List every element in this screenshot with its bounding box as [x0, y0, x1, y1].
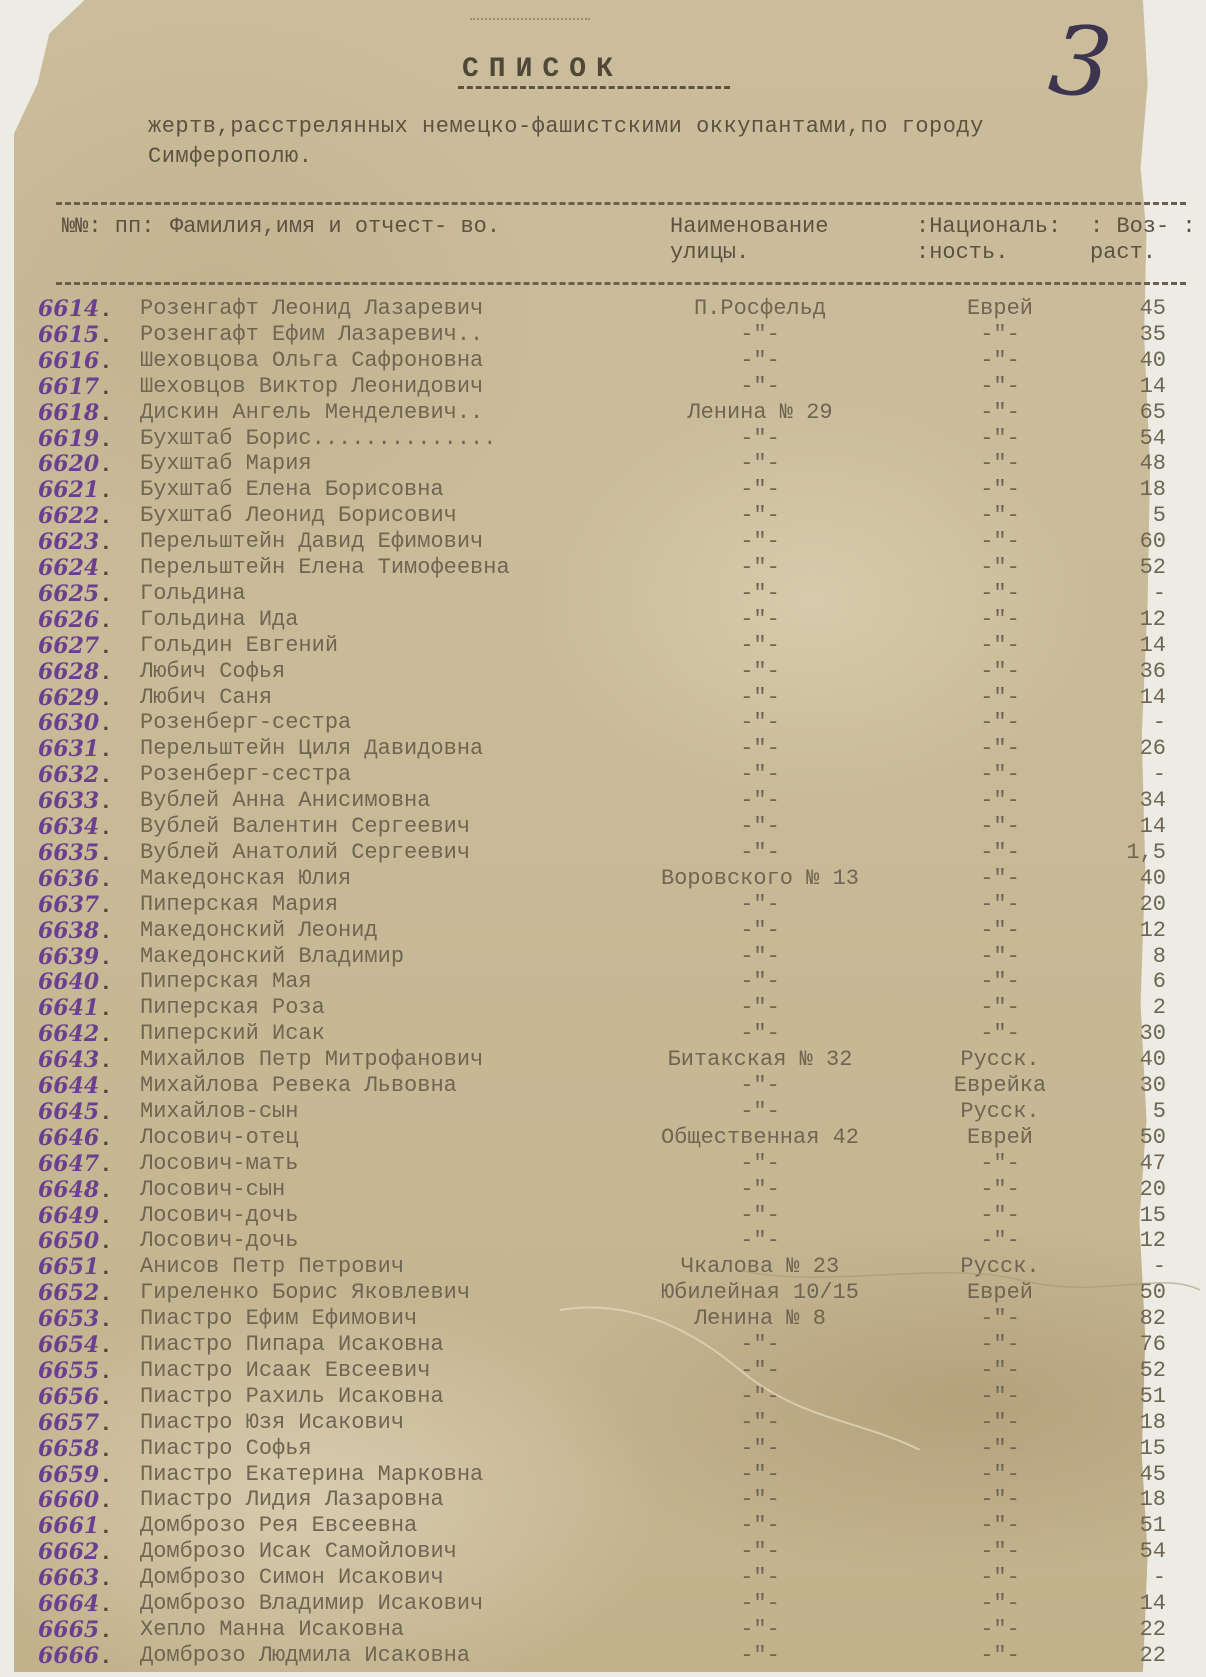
list-row: 6658.Пиастро Софья-"--"-15 [0, 1436, 1206, 1462]
nationality: -"- [930, 995, 1070, 1021]
row-number-handwritten: 6632. [38, 762, 134, 790]
street-name: -"- [620, 969, 900, 995]
row-number-value: 6641 [38, 995, 99, 1021]
row-number-dot: . [99, 635, 112, 660]
row-number-value: 6635 [38, 840, 99, 866]
nationality: -"- [930, 1151, 1070, 1177]
street-name: -"- [620, 374, 900, 400]
age: 6 [1110, 969, 1166, 995]
list-row: 6631.Перельштейн Циля Давидовна-"--"-26 [0, 736, 1206, 762]
street-name: -"- [620, 1565, 900, 1591]
victim-name: Лосович-мать [140, 1151, 298, 1177]
row-number-dot: . [99, 1593, 112, 1618]
row-number-dot: . [99, 1412, 112, 1437]
row-number-value: 6617 [38, 374, 99, 400]
row-number-dot: . [99, 894, 112, 919]
row-number-value: 6629 [38, 685, 99, 711]
victim-name: Перельштейн Елена Тимофеевна [140, 555, 510, 581]
age: 14 [1110, 685, 1166, 711]
age: 22 [1110, 1617, 1166, 1643]
list-row: 6655.Пиастро Исаак Евсеевич-"--"-52 [0, 1358, 1206, 1384]
victim-name: Пиастро Юзя Исакович [140, 1410, 404, 1436]
list-row: 6636.Македонская ЮлияВоровского № 13-"-4… [0, 866, 1206, 892]
street-name: -"- [620, 736, 900, 762]
age: 20 [1110, 892, 1166, 918]
row-number-handwritten: 6641. [38, 995, 134, 1023]
street-name: -"- [620, 1436, 900, 1462]
row-number-dot: . [99, 1541, 112, 1566]
row-number-dot: . [99, 1256, 112, 1281]
row-number-dot: . [99, 971, 112, 996]
street-name: -"- [620, 1617, 900, 1643]
list-row: 6628.Любич Софья-"--"-36 [0, 659, 1206, 685]
row-number-dot: . [99, 997, 112, 1022]
row-number-handwritten: 6660. [38, 1487, 134, 1515]
list-row: 6661.Домброзо Рея Евсеевна-"--"-51 [0, 1513, 1206, 1539]
victim-name: Вублей Анатолий Сергеевич [140, 840, 470, 866]
row-number-handwritten: 6624. [38, 555, 134, 583]
street-name: -"- [620, 1021, 900, 1047]
victim-name: Шеховцов Виктор Леонидович [140, 374, 483, 400]
nationality: Еврей [930, 1125, 1070, 1151]
victim-name: Розенгафт Ефим Лазаревич.. [140, 322, 483, 348]
age: 12 [1110, 918, 1166, 944]
nationality: -"- [930, 322, 1070, 348]
list-row: 6642.Пиперский Исак-"--"-30 [0, 1021, 1206, 1047]
list-row: 6626.Гольдина Ида-"--"-12 [0, 607, 1206, 633]
victim-name: Пиастро Ефим Ефимович [140, 1306, 417, 1332]
list-row: 6647.Лосович-мать-"--"-47 [0, 1151, 1206, 1177]
street-name: -"- [620, 892, 900, 918]
street-name: -"- [620, 762, 900, 788]
row-number-dot: . [99, 453, 112, 478]
row-number-handwritten: 6657. [38, 1410, 134, 1438]
list-row: 6616.Шеховцова Ольга Сафроновна-"--"-40 [0, 348, 1206, 374]
row-number-dot: . [99, 1567, 112, 1592]
age: 52 [1110, 555, 1166, 581]
street-name: -"- [620, 607, 900, 633]
street-name: -"- [620, 503, 900, 529]
list-row: 6660.Пиастро Лидия Лазаровна-"--"-18 [0, 1487, 1206, 1513]
victim-name: Македонский Владимир [140, 944, 404, 970]
nationality: -"- [930, 1021, 1070, 1047]
nationality: -"- [930, 633, 1070, 659]
victim-name: Перельштейн Давид Ефимович [140, 529, 483, 555]
age: 50 [1110, 1280, 1166, 1306]
row-number-dot: . [99, 868, 112, 893]
row-number-dot: . [99, 376, 112, 401]
street-name: -"- [620, 1228, 900, 1254]
row-number-dot: . [99, 1308, 112, 1333]
nationality: -"- [930, 969, 1070, 995]
victim-name: Лосович-сын [140, 1177, 285, 1203]
list-row: 6627.Гольдин Евгений-"--"-14 [0, 633, 1206, 659]
victim-name: Пиастро Екатерина Марковна [140, 1462, 483, 1488]
nationality: -"- [930, 1228, 1070, 1254]
row-number-handwritten: 6625. [38, 581, 134, 609]
nationality: -"- [930, 840, 1070, 866]
victim-name: Домброзо Владимир Исакович [140, 1591, 483, 1617]
row-number-value: 6664 [38, 1591, 99, 1617]
row-number-dot: . [99, 1127, 112, 1152]
row-number-dot: . [99, 1101, 112, 1126]
list-row: 6666.Домброзо Людмила Исаковна-"--"-22 [0, 1643, 1206, 1669]
victim-name: Македонская Юлия [140, 866, 351, 892]
row-number-handwritten: 6654. [38, 1332, 134, 1360]
row-number-handwritten: 6655. [38, 1358, 134, 1386]
row-number-handwritten: 6623. [38, 529, 134, 557]
row-number-value: 6636 [38, 866, 99, 892]
row-number-handwritten: 6636. [38, 866, 134, 894]
victim-name: Любич Софья [140, 659, 285, 685]
row-number-value: 6651 [38, 1254, 99, 1280]
document-subtitle: жертв,расстрелянных немецко-фашистскими … [148, 112, 1068, 172]
header-rule-top [56, 202, 1186, 205]
nationality: -"- [930, 1565, 1070, 1591]
row-number-value: 6649 [38, 1203, 99, 1229]
row-number-dot: . [99, 350, 112, 375]
row-number-dot: . [99, 298, 112, 323]
victim-name: Лосович-отец [140, 1125, 298, 1151]
nationality: -"- [930, 607, 1070, 633]
nationality: -"- [930, 1539, 1070, 1565]
row-number-value: 6620 [38, 451, 99, 477]
victim-name: Дискин Ангель Менделевич.. [140, 400, 483, 426]
row-number-value: 6626 [38, 607, 99, 633]
street-name: -"- [620, 1358, 900, 1384]
nationality: -"- [930, 659, 1070, 685]
row-number-handwritten: 6629. [38, 685, 134, 713]
nationality: -"- [930, 477, 1070, 503]
row-number-value: 6650 [38, 1228, 99, 1254]
street-name: -"- [620, 1643, 900, 1669]
row-number-dot: . [99, 1515, 112, 1540]
row-number-value: 6644 [38, 1073, 99, 1099]
row-number-dot: . [99, 1489, 112, 1514]
row-number-value: 6634 [38, 814, 99, 840]
list-row: 6632.Розенберг-сестра-"--"-- [0, 762, 1206, 788]
row-number-value: 6633 [38, 788, 99, 814]
row-number-value: 6639 [38, 944, 99, 970]
row-number-value: 6653 [38, 1306, 99, 1332]
row-number-dot: . [99, 1645, 112, 1670]
row-number-value: 6623 [38, 529, 99, 555]
age: 51 [1110, 1384, 1166, 1410]
row-number-handwritten: 6638. [38, 918, 134, 946]
row-number-handwritten: 6658. [38, 1436, 134, 1464]
street-name: -"- [620, 1073, 900, 1099]
victim-name: Гольдин Евгений [140, 633, 338, 659]
age: 18 [1110, 477, 1166, 503]
victim-name: Пиастро Исаак Евсеевич [140, 1358, 430, 1384]
street-name: -"- [620, 1203, 900, 1229]
row-number-handwritten: 6630. [38, 710, 134, 738]
row-number-dot: . [99, 1049, 112, 1074]
row-number-handwritten: 6640. [38, 969, 134, 997]
list-row: 6663.Домброзо Симон Исакович-"--"-- [0, 1565, 1206, 1591]
list-row: 6633.Вублей Анна Анисимовна-"--"-34 [0, 788, 1206, 814]
nationality: -"- [930, 1177, 1070, 1203]
column-header-street: Наименование улицы. [670, 214, 890, 266]
row-number-value: 6627 [38, 633, 99, 659]
row-number-value: 6655 [38, 1358, 99, 1384]
age: 47 [1110, 1151, 1166, 1177]
row-number-handwritten: 6617. [38, 374, 134, 402]
row-number-value: 6657 [38, 1410, 99, 1436]
title-underline [458, 86, 730, 89]
age: 2 [1110, 995, 1166, 1021]
row-number-handwritten: 6643. [38, 1047, 134, 1075]
row-number-value: 6647 [38, 1151, 99, 1177]
victim-name: Шеховцова Ольга Сафроновна [140, 348, 483, 374]
list-row: 6659.Пиастро Екатерина Марковна-"--"-45 [0, 1462, 1206, 1488]
street-name: -"- [620, 814, 900, 840]
row-number-value: 6654 [38, 1332, 99, 1358]
list-row: 6637.Пиперская Мария-"--"-20 [0, 892, 1206, 918]
nationality: -"- [930, 374, 1070, 400]
row-number-handwritten: 6659. [38, 1462, 134, 1490]
age: 34 [1110, 788, 1166, 814]
list-row: 6638.Македонский Леонид-"--"-12 [0, 918, 1206, 944]
victim-name: Лосович-дочь [140, 1203, 298, 1229]
row-number-value: 6648 [38, 1177, 99, 1203]
street-name: -"- [620, 1462, 900, 1488]
age: - [1110, 1565, 1166, 1591]
nationality: -"- [930, 788, 1070, 814]
nationality: -"- [930, 762, 1070, 788]
row-number-value: 6637 [38, 892, 99, 918]
age: 5 [1110, 503, 1166, 529]
age: 35 [1110, 322, 1166, 348]
nationality: -"- [930, 1462, 1070, 1488]
row-number-dot: . [99, 842, 112, 867]
row-number-value: 6631 [38, 736, 99, 762]
list-row: 6662.Домброзо Исак Самойлович-"--"-54 [0, 1539, 1206, 1565]
list-row: 6650.Лосович-дочь-"--"-12 [0, 1228, 1206, 1254]
row-number-handwritten: 6652. [38, 1280, 134, 1308]
nationality: -"- [930, 503, 1070, 529]
nationality: -"- [930, 555, 1070, 581]
row-number-handwritten: 6620. [38, 451, 134, 479]
row-number-value: 6658 [38, 1436, 99, 1462]
row-number-handwritten: 6626. [38, 607, 134, 635]
nationality: -"- [930, 736, 1070, 762]
victim-name: Пиастро Пипара Исаковна [140, 1332, 444, 1358]
row-number-dot: . [99, 1360, 112, 1385]
row-number-value: 6632 [38, 762, 99, 788]
victim-name: Розенгафт Леонид Лазаревич [140, 296, 483, 322]
age: 51 [1110, 1513, 1166, 1539]
age: 30 [1110, 1021, 1166, 1047]
row-number-value: 6642 [38, 1021, 99, 1047]
row-number-handwritten: 6639. [38, 944, 134, 972]
victim-name: Анисов Петр Петрович [140, 1254, 404, 1280]
row-number-handwritten: 6616. [38, 348, 134, 376]
nationality: -"- [930, 529, 1070, 555]
street-name: -"- [620, 1487, 900, 1513]
row-number-handwritten: 6665. [38, 1617, 134, 1645]
street-name: -"- [620, 477, 900, 503]
victim-name: Домброзо Исак Самойлович [140, 1539, 457, 1565]
row-number-dot: . [99, 1153, 112, 1178]
row-number-value: 6624 [38, 555, 99, 581]
row-number-value: 6645 [38, 1099, 99, 1125]
nationality: Русск. [930, 1254, 1070, 1280]
row-number-handwritten: 6656. [38, 1384, 134, 1412]
list-row: 6623.Перельштейн Давид Ефимович-"--"-60 [0, 529, 1206, 555]
row-number-dot: . [99, 738, 112, 763]
list-row: 6634.Вублей Валентин Сергеевич-"--"-14 [0, 814, 1206, 840]
street-name: -"- [620, 1384, 900, 1410]
victim-name: Лосович-дочь [140, 1228, 298, 1254]
victim-name: Домброзо Рея Евсеевна [140, 1513, 417, 1539]
row-number-value: 6628 [38, 659, 99, 685]
street-name: -"- [620, 659, 900, 685]
street-name: -"- [620, 995, 900, 1021]
row-number-value: 6625 [38, 581, 99, 607]
row-number-dot: . [99, 402, 112, 427]
street-name: -"- [620, 788, 900, 814]
list-row: 6641.Пиперская Роза-"--"-2 [0, 995, 1206, 1021]
age: 36 [1110, 659, 1166, 685]
age: 14 [1110, 633, 1166, 659]
age: 54 [1110, 1539, 1166, 1565]
list-row: 6656.Пиастро Рахиль Исаковна-"--"-51 [0, 1384, 1206, 1410]
nationality: Русск. [930, 1047, 1070, 1073]
row-number-dot: . [99, 1075, 112, 1100]
age: 14 [1110, 374, 1166, 400]
row-number-dot: . [99, 583, 112, 608]
row-number-handwritten: 6619. [38, 426, 134, 454]
row-number-handwritten: 6635. [38, 840, 134, 868]
age: 40 [1110, 348, 1166, 374]
list-row: 6635.Вублей Анатолий Сергеевич-"--"-1,5 [0, 840, 1206, 866]
street-name: -"- [620, 1151, 900, 1177]
age: 40 [1110, 866, 1166, 892]
row-number-value: 6665 [38, 1617, 99, 1643]
victim-name: Михайлов-сын [140, 1099, 298, 1125]
row-number-dot: . [99, 920, 112, 945]
victim-name: Македонский Леонид [140, 918, 378, 944]
victim-name: Розенберг-сестра [140, 710, 351, 736]
list-row: 6620.Бухштаб Мария-"--"-48 [0, 451, 1206, 477]
age: 82 [1110, 1306, 1166, 1332]
age: 20 [1110, 1177, 1166, 1203]
victim-name: Домброзо Людмила Исаковна [140, 1643, 470, 1669]
street-name: -"- [620, 1539, 900, 1565]
nationality: -"- [930, 1358, 1070, 1384]
row-number-handwritten: 6628. [38, 659, 134, 687]
victim-name: Пиастро Рахиль Исаковна [140, 1384, 444, 1410]
row-number-dot: . [99, 1334, 112, 1359]
street-name: -"- [620, 1591, 900, 1617]
street-name: -"- [620, 944, 900, 970]
victim-name: Бухштаб Леонид Борисович [140, 503, 457, 529]
row-number-value: 6666 [38, 1643, 99, 1669]
row-number-value: 6621 [38, 477, 99, 503]
age: 14 [1110, 814, 1166, 840]
row-number-dot: . [99, 324, 112, 349]
row-number-value: 6638 [38, 918, 99, 944]
age: 15 [1110, 1203, 1166, 1229]
row-number-dot: . [99, 1230, 112, 1255]
row-number-dot: . [99, 479, 112, 504]
street-name: -"- [620, 840, 900, 866]
age: 12 [1110, 607, 1166, 633]
nationality: -"- [930, 1643, 1070, 1669]
age: - [1110, 762, 1166, 788]
row-number-handwritten: 6651. [38, 1254, 134, 1282]
victim-name: Любич Саня [140, 685, 272, 711]
row-number-handwritten: 6627. [38, 633, 134, 661]
row-number-handwritten: 6650. [38, 1228, 134, 1256]
street-name: -"- [620, 555, 900, 581]
nationality: -"- [930, 1306, 1070, 1332]
age: 40 [1110, 1047, 1166, 1073]
nationality: -"- [930, 1332, 1070, 1358]
list-row: 6654.Пиастро Пипара Исаковна-"--"-76 [0, 1332, 1206, 1358]
victim-name: Пиперская Мая [140, 969, 312, 995]
list-row: 6621.Бухштаб Елена Борисовна-"--"-18 [0, 477, 1206, 503]
nationality: -"- [930, 1617, 1070, 1643]
victim-name: Пиперский Исак [140, 1021, 325, 1047]
age: 1,5 [1110, 840, 1166, 866]
row-number-handwritten: 6649. [38, 1203, 134, 1231]
street-name: Юбилейная 10/15 [620, 1280, 900, 1306]
row-number-value: 6630 [38, 710, 99, 736]
row-number-handwritten: 6646. [38, 1125, 134, 1153]
nationality: -"- [930, 918, 1070, 944]
age: 48 [1110, 451, 1166, 477]
victim-name: Пиперская Мария [140, 892, 338, 918]
victim-name: Розенберг-сестра [140, 762, 351, 788]
nationality: -"- [930, 348, 1070, 374]
street-name: Ленина № 29 [620, 400, 900, 426]
row-number-handwritten: 6647. [38, 1151, 134, 1179]
street-name: П.Росфельд [620, 296, 900, 322]
age: 18 [1110, 1487, 1166, 1513]
row-number-handwritten: 6614. [38, 296, 134, 324]
list-row: 6649.Лосович-дочь-"--"-15 [0, 1203, 1206, 1229]
column-header-age: : Воз- : раст. [1090, 214, 1200, 266]
victim-name: Бухштаб Елена Борисовна [140, 477, 444, 503]
age: 22 [1110, 1643, 1166, 1669]
row-number-value: 6622 [38, 503, 99, 529]
document-title: СПИСОК [462, 54, 623, 85]
street-name: Ленина № 8 [620, 1306, 900, 1332]
row-number-dot: . [99, 946, 112, 971]
victim-name: Вублей Анна Анисимовна [140, 788, 430, 814]
row-number-handwritten: 6666. [38, 1643, 134, 1671]
age: - [1110, 581, 1166, 607]
street-name: -"- [620, 685, 900, 711]
row-number-dot: . [99, 505, 112, 530]
list-row: 6630.Розенберг-сестра-"--"-- [0, 710, 1206, 736]
victim-name: Перельштейн Циля Давидовна [140, 736, 483, 762]
row-number-value: 6661 [38, 1513, 99, 1539]
street-name: -"- [620, 918, 900, 944]
nationality: Еврей [930, 296, 1070, 322]
row-number-value: 6659 [38, 1462, 99, 1488]
column-header-number: №№: пп: [62, 214, 142, 240]
nationality: -"- [930, 1384, 1070, 1410]
age: 60 [1110, 529, 1166, 555]
row-number-dot: . [99, 557, 112, 582]
street-name: Чкалова № 23 [620, 1254, 900, 1280]
column-header-nationality: :Националь: :ность. [916, 214, 1076, 266]
list-row: 6639.Македонский Владимир-"--"-8 [0, 944, 1206, 970]
row-number-dot: . [99, 816, 112, 841]
